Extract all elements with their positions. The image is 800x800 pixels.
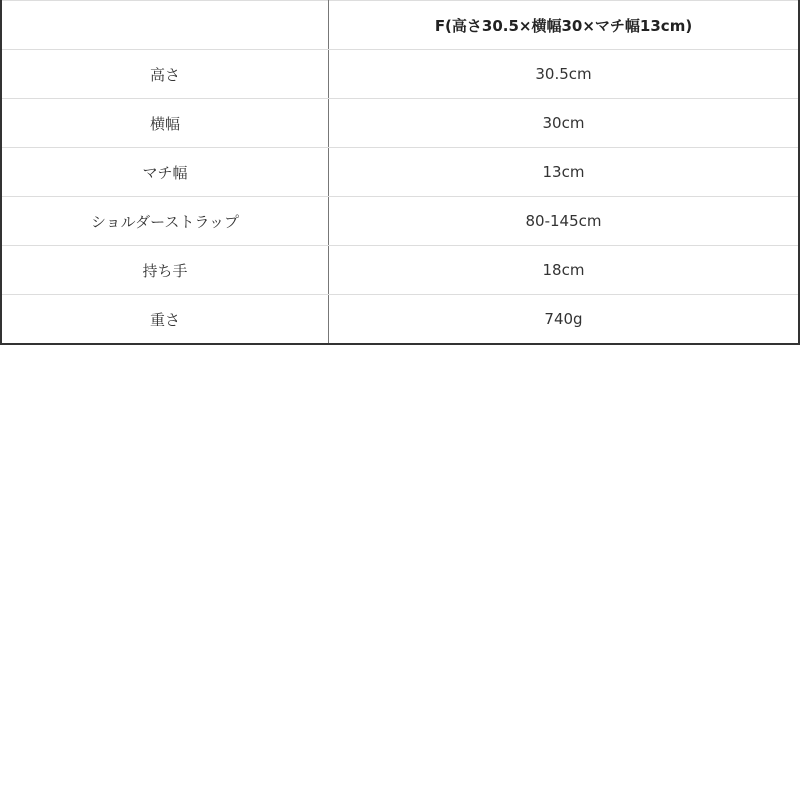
table-row: 持ち手 18cm <box>1 246 799 295</box>
header-empty-cell <box>1 1 329 50</box>
row-value-shoulder-strap: 80-145cm <box>329 197 800 246</box>
row-label-weight: 重さ <box>1 295 329 345</box>
row-label-handle: 持ち手 <box>1 246 329 295</box>
row-value-height: 30.5cm <box>329 50 800 99</box>
table-header-row: F(高さ30.5×横幅30×マチ幅13cm) <box>1 1 799 50</box>
row-value-weight: 740g <box>329 295 800 345</box>
row-label-depth: マチ幅 <box>1 148 329 197</box>
table-row: 高さ 30.5cm <box>1 50 799 99</box>
table-row: 重さ 740g <box>1 295 799 345</box>
row-value-depth: 13cm <box>329 148 800 197</box>
row-label-height: 高さ <box>1 50 329 99</box>
table-row: ショルダーストラップ 80-145cm <box>1 197 799 246</box>
row-label-width: 横幅 <box>1 99 329 148</box>
row-label-shoulder-strap: ショルダーストラップ <box>1 197 329 246</box>
row-value-handle: 18cm <box>329 246 800 295</box>
table-row: マチ幅 13cm <box>1 148 799 197</box>
header-size-cell: F(高さ30.5×横幅30×マチ幅13cm) <box>329 1 800 50</box>
size-spec-table: F(高さ30.5×横幅30×マチ幅13cm) 高さ 30.5cm 横幅 30cm… <box>0 0 800 345</box>
row-value-width: 30cm <box>329 99 800 148</box>
table-row: 横幅 30cm <box>1 99 799 148</box>
